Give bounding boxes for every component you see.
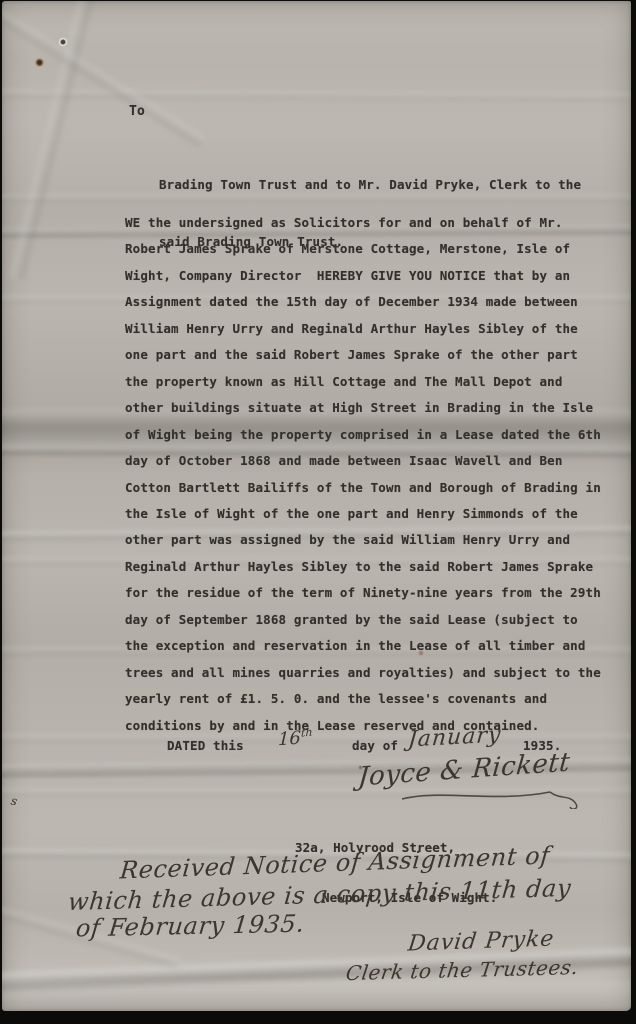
body-line: the property known as Hill Cottage and T… xyxy=(125,369,601,395)
body-line: William Henry Urry and Reginald Arthur H… xyxy=(125,316,601,342)
paper-crease xyxy=(10,1,96,280)
handwritten-month: January xyxy=(407,722,502,752)
received-note-line: of February 1935. xyxy=(75,910,306,943)
recipient-line: Brading Town Trust and to Mr. David Pryk… xyxy=(159,175,581,194)
body-line: of Wight being the property comprised in… xyxy=(125,422,601,448)
photo-background: To Brading Town Trust and to Mr. David P… xyxy=(0,0,636,1024)
body-line: WE the undersigned as Solicitors for and… xyxy=(125,210,601,236)
body-line: Cotton Bartlett Bailiffs of the Town and… xyxy=(125,475,601,501)
body-line: Wight, Company Director HEREBY GIVE YOU … xyxy=(125,263,601,289)
margin-ink-mark: s xyxy=(10,794,19,809)
pin-hole xyxy=(58,37,68,47)
day-ordinal-suffix: th xyxy=(301,726,313,740)
paper-fold-band xyxy=(2,981,631,1011)
clerk-signature: David Pryke xyxy=(407,926,556,956)
salutation: To xyxy=(129,104,145,119)
document-page: To Brading Town Trust and to Mr. David P… xyxy=(2,1,631,1011)
body-line: day of September 1868 granted by the sai… xyxy=(125,607,601,633)
paper-crease xyxy=(2,89,631,101)
dated-prefix: DATED this xyxy=(167,738,244,753)
pin-hole xyxy=(35,58,44,67)
solicitor-signature: Joyce & Rickett xyxy=(357,747,572,792)
paper-crease xyxy=(2,788,631,797)
body-line: conditions by and in the Lease reserved … xyxy=(125,713,601,739)
body-line: the exception and reservation in the Lea… xyxy=(125,633,601,659)
day-number: 16 xyxy=(278,728,302,751)
body-line: yearly rent of £1. 5. 0. and the lessee'… xyxy=(125,686,601,712)
body-line: one part and the said Robert James Sprak… xyxy=(125,342,601,368)
body-line: other buildings situate at High Street i… xyxy=(125,395,601,421)
body-line: other part was assigned by the said Will… xyxy=(125,527,601,553)
clerk-title: Clerk to the Trustees. xyxy=(344,955,580,985)
body-line: Robert James Sprake of Merstone Cottage,… xyxy=(125,236,601,262)
notice-body: WE the undersigned as Solicitors for and… xyxy=(125,210,601,739)
handwritten-day: 16th xyxy=(278,726,313,751)
body-line: for the residue of the term of Ninety-ni… xyxy=(125,580,601,606)
body-line: day of October 1868 and made between Isa… xyxy=(125,448,601,474)
body-line: the Isle of Wight of the one part and He… xyxy=(125,501,601,527)
body-line: Assignment dated the 15th day of Decembe… xyxy=(125,289,601,315)
body-line: trees and all mines quarries and royalti… xyxy=(125,660,601,686)
body-line: Reginald Arthur Hayles Sibley to the sai… xyxy=(125,554,601,580)
dated-middle: day of xyxy=(352,738,398,753)
paper-crease xyxy=(2,6,206,148)
